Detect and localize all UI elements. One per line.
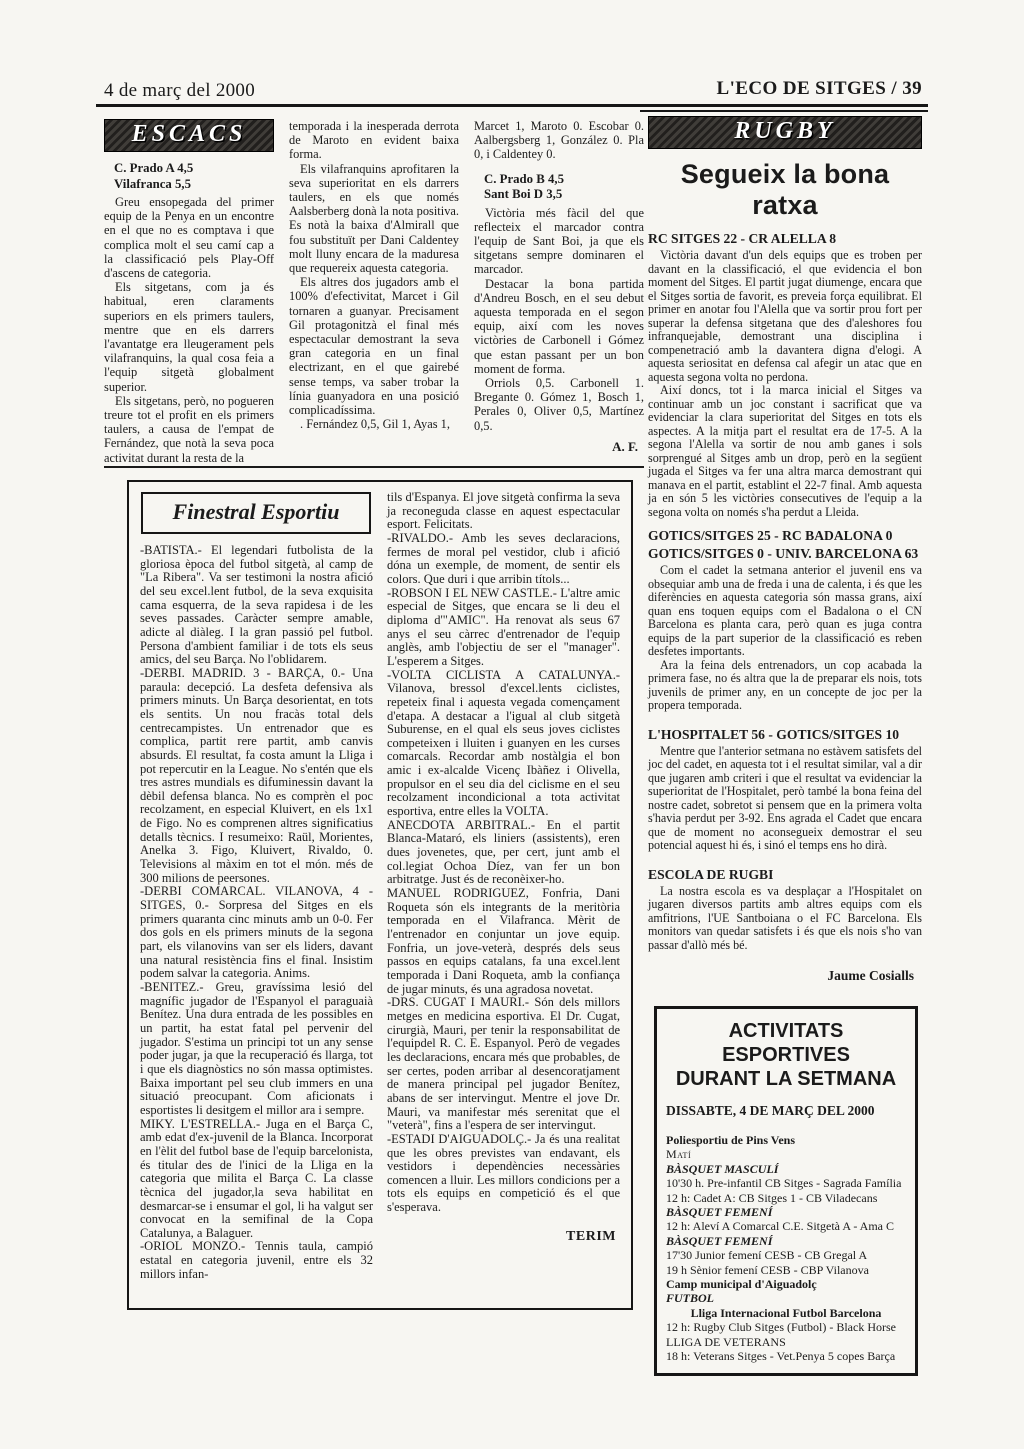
schedule-line: BÀSQUET MASCULÍ bbox=[666, 1162, 906, 1176]
article-paragraph: Victòria més fàcil del que reflecteix el… bbox=[474, 206, 644, 277]
schedule-line: Lliga Internacional Futbol Barcelona bbox=[666, 1306, 906, 1320]
article-paragraph: Marcet 1, Maroto 0. Escobar 0. Aalbergsb… bbox=[474, 119, 644, 162]
article-paragraph: Ara la feina dels entrenadors, un cop ac… bbox=[648, 659, 922, 713]
article-paragraph: tils d'Espanya. El jove sitgetà confirma… bbox=[387, 491, 620, 532]
finestral-box: Finestral Esportiu -BATISTA.- El legenda… bbox=[127, 480, 633, 1310]
article-paragraph: -BATISTA.- El legendari futbolista de la… bbox=[140, 544, 373, 667]
header-rule-secondary bbox=[640, 110, 928, 112]
escacs-column-2: temporada i la inesperada derrota de Mar… bbox=[289, 119, 459, 465]
rugby-section: RUGBY Segueix la bona ratxa RC SITGES 22… bbox=[648, 116, 922, 1376]
activities-day: DISSABTE, 4 DE MARÇ DEL 2000 bbox=[666, 1103, 906, 1119]
article-paragraph: Així doncs, tot i la marca inicial el Si… bbox=[648, 384, 922, 519]
score-line: Vilafranca 5,5 bbox=[114, 177, 274, 193]
schedule-line: 19 h Sènior femení CESB - CBP Vilanova bbox=[666, 1263, 906, 1277]
article-paragraph: -DRS. CUGAT I MAURI.- Són dels millors m… bbox=[387, 996, 620, 1133]
activities-title: ACTIVITATS ESPORTIVES DURANT LA SETMANA bbox=[666, 1019, 906, 1091]
schedule-line: FUTBOL bbox=[666, 1291, 906, 1305]
article-paragraph: Mentre que l'anterior setmana no estàvem… bbox=[648, 745, 922, 853]
byline: A. F. bbox=[474, 439, 638, 455]
finestral-columns: Finestral Esportiu -BATISTA.- El legenda… bbox=[140, 491, 620, 1281]
schedule-line: LLIGA DE VETERANS bbox=[666, 1335, 906, 1349]
escacs-section: ESCACS C. Prado A 4,5 Vilafranca 5,5 Gre… bbox=[104, 119, 644, 465]
match-score: C. Prado B 4,5 Sant Boi D 3,5 bbox=[484, 172, 644, 203]
finestral-left-column: Finestral Esportiu -BATISTA.- El legenda… bbox=[140, 491, 373, 1281]
match-heading: GOTICS/SITGES 25 - RC BADALONA 0 bbox=[648, 528, 922, 544]
match-heading: L'HOSPITALET 56 - GOTICS/SITGES 10 bbox=[648, 727, 922, 743]
score-line: Sant Boi D 3,5 bbox=[484, 187, 644, 203]
article-paragraph: MANUEL RODRIGUEZ, Fonfria, Dani Roqueta … bbox=[387, 887, 620, 996]
schedule-line: 10'30 h. Pre-infantil CB Sitges - Sagrad… bbox=[666, 1176, 906, 1190]
article-paragraph: Els sitgetans, com ja és habitual, eren … bbox=[104, 280, 274, 394]
article-paragraph: temporada i la inesperada derrota de Mar… bbox=[289, 119, 459, 162]
activities-title-line: DURANT LA SETMANA bbox=[666, 1067, 906, 1091]
schedule-line: 18 h: Veterans Sitges - Vet.Penya 5 cope… bbox=[666, 1349, 906, 1363]
activities-box: ACTIVITATS ESPORTIVES DURANT LA SETMANA … bbox=[654, 1006, 918, 1376]
activities-title-line: ACTIVITATS ESPORTIVES bbox=[666, 1019, 906, 1067]
article-paragraph: Els sitgetans, però, no pogueren treure … bbox=[104, 394, 274, 465]
match-heading: ESCOLA DE RUGBI bbox=[648, 867, 922, 883]
schedule-line: BÀSQUET FEMENÍ bbox=[666, 1205, 906, 1219]
newspaper-page: 4 de març del 2000 L'ECO DE SITGES / 39 … bbox=[0, 0, 1024, 1449]
article-paragraph: -VOLTA CICLISTA A CATALUNYA.- Vilanova, … bbox=[387, 669, 620, 819]
article-paragraph: Victòria davant d'un dels equips que es … bbox=[648, 249, 922, 384]
article-paragraph: -ORIOL MONZO.- Tennis taula, campió esta… bbox=[140, 1240, 373, 1281]
article-paragraph: . Fernández 0,5, Gil 1, Ayas 1, bbox=[289, 417, 459, 431]
schedule-line: 17'30 Junior femení CESB - CB Gregal A bbox=[666, 1248, 906, 1262]
finestral-title: Finestral Esportiu bbox=[141, 492, 371, 534]
escacs-banner: ESCACS bbox=[104, 119, 274, 152]
schedule-line: Camp municipal d'Aiguadolç bbox=[666, 1277, 906, 1291]
schedule-line: 12 h: Aleví A Comarcal C.E. Sitgetà A - … bbox=[666, 1219, 906, 1233]
article-paragraph: Com el cadet la setmana anterior el juve… bbox=[648, 564, 922, 659]
article-paragraph: -DERBI. MADRID. 3 - BARÇA, 0.- Una parau… bbox=[140, 667, 373, 886]
rugby-banner: RUGBY bbox=[648, 116, 922, 149]
score-line: C. Prado A 4,5 bbox=[114, 161, 274, 177]
article-paragraph: -ROBSON I EL NEW CASTLE.- L'altre amic e… bbox=[387, 587, 620, 669]
article-paragraph: -RIVALDO.- Amb les seves declaracions, f… bbox=[387, 532, 620, 587]
article-paragraph: -BENITEZ.- Greu, gravíssima lesió del ma… bbox=[140, 981, 373, 1118]
article-headline: Segueix la bona ratxa bbox=[648, 159, 922, 221]
schedule-line: BÀSQUET FEMENÍ bbox=[666, 1234, 906, 1248]
article-paragraph: MIKY. L'ESTRELLA.- Juga en el Barça C, a… bbox=[140, 1118, 373, 1241]
article-paragraph: Destacar la bona partida d'Andreu Bosch,… bbox=[474, 277, 644, 376]
article-paragraph: Orriols 0,5. Carbonell 1. Bregante 0. Gó… bbox=[474, 376, 644, 433]
article-paragraph: Els vilafranquins aprofitaren la seva su… bbox=[289, 162, 459, 276]
score-line: C. Prado B 4,5 bbox=[484, 172, 644, 188]
match-heading: GOTICS/SITGES 0 - UNIV. BARCELONA 63 bbox=[648, 546, 922, 562]
article-paragraph: Els altres dos jugadors amb el 100% d'ef… bbox=[289, 275, 459, 417]
schedule-line: 12 h: Rugby Club Sitges (Futbol) - Black… bbox=[666, 1320, 906, 1334]
escacs-column-1: ESCACS C. Prado A 4,5 Vilafranca 5,5 Gre… bbox=[104, 119, 274, 465]
byline: TERIM bbox=[387, 1229, 616, 1245]
article-paragraph: ANECDOTA ARBITRAL.- En el partit Blanca-… bbox=[387, 819, 620, 887]
article-paragraph: La nostra escola es va desplaçar a l'Hos… bbox=[648, 885, 922, 953]
schedule-line: Matí bbox=[666, 1147, 906, 1161]
match-heading: RC SITGES 22 - CR ALELLA 8 bbox=[648, 231, 922, 247]
schedule-line: Poliesportiu de Pins Vens bbox=[666, 1133, 906, 1147]
match-score: C. Prado A 4,5 Vilafranca 5,5 bbox=[114, 161, 274, 192]
finestral-right-column: tils d'Espanya. El jove sitgetà confirma… bbox=[387, 491, 620, 1281]
article-paragraph: -ESTADI D'AIGUADOLÇ.- Ja és una realitat… bbox=[387, 1133, 620, 1215]
schedule-line: 12 h: Cadet A: CB Sitges 1 - CB Viladeca… bbox=[666, 1191, 906, 1205]
byline: Jaume Cosialls bbox=[648, 968, 914, 984]
page-date: 4 de març del 2000 bbox=[104, 80, 255, 102]
header-rule bbox=[96, 104, 928, 107]
masthead: L'ECO DE SITGES / 39 bbox=[717, 78, 922, 100]
escacs-column-3: Marcet 1, Maroto 0. Escobar 0. Aalbergsb… bbox=[474, 119, 644, 465]
article-paragraph: Greu ensopegada del primer equip de la P… bbox=[104, 195, 274, 280]
section-divider bbox=[104, 466, 644, 468]
article-paragraph: -DERBI COMARCAL. VILANOVA, 4 - SITGES, 0… bbox=[140, 885, 373, 981]
